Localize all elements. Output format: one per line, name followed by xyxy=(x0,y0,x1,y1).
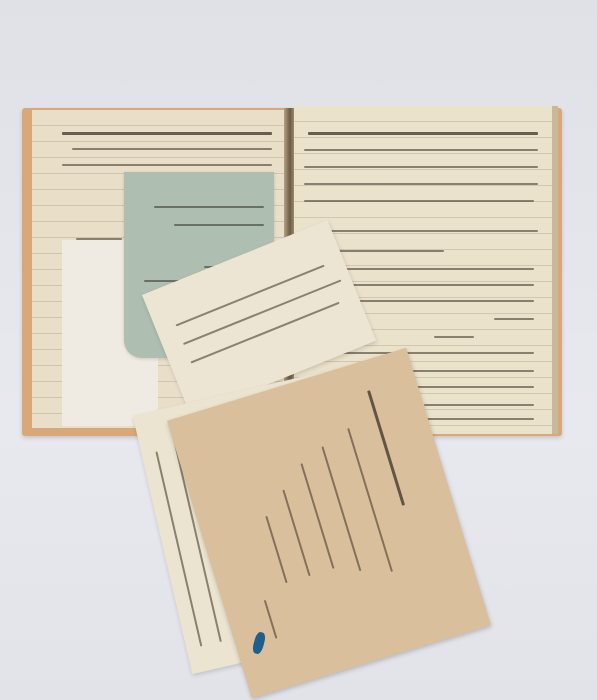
handwriting-line xyxy=(265,516,287,584)
handwriting-line xyxy=(62,132,272,135)
handwriting-line xyxy=(174,224,264,226)
handwriting-line xyxy=(434,336,474,338)
handwriting-line xyxy=(304,200,534,202)
handwriting-line xyxy=(494,318,534,320)
handwriting-line xyxy=(404,386,534,388)
handwriting-line xyxy=(154,206,264,208)
handwriting-line xyxy=(282,490,310,577)
handwriting-line xyxy=(308,230,538,232)
handwriting-line xyxy=(300,463,334,569)
handwriting-line xyxy=(324,268,534,270)
handwriting-line xyxy=(308,132,538,135)
handwriting-line xyxy=(334,352,534,354)
handwriting-line xyxy=(367,390,405,506)
handwriting-line xyxy=(334,250,444,252)
handwriting-line xyxy=(304,149,538,151)
handwriting-line xyxy=(264,600,278,639)
handwriting-line xyxy=(72,148,272,150)
handwriting-line xyxy=(62,164,272,166)
handwriting-line xyxy=(424,404,534,406)
handwriting-line xyxy=(304,166,538,168)
handwriting-line xyxy=(304,183,538,185)
